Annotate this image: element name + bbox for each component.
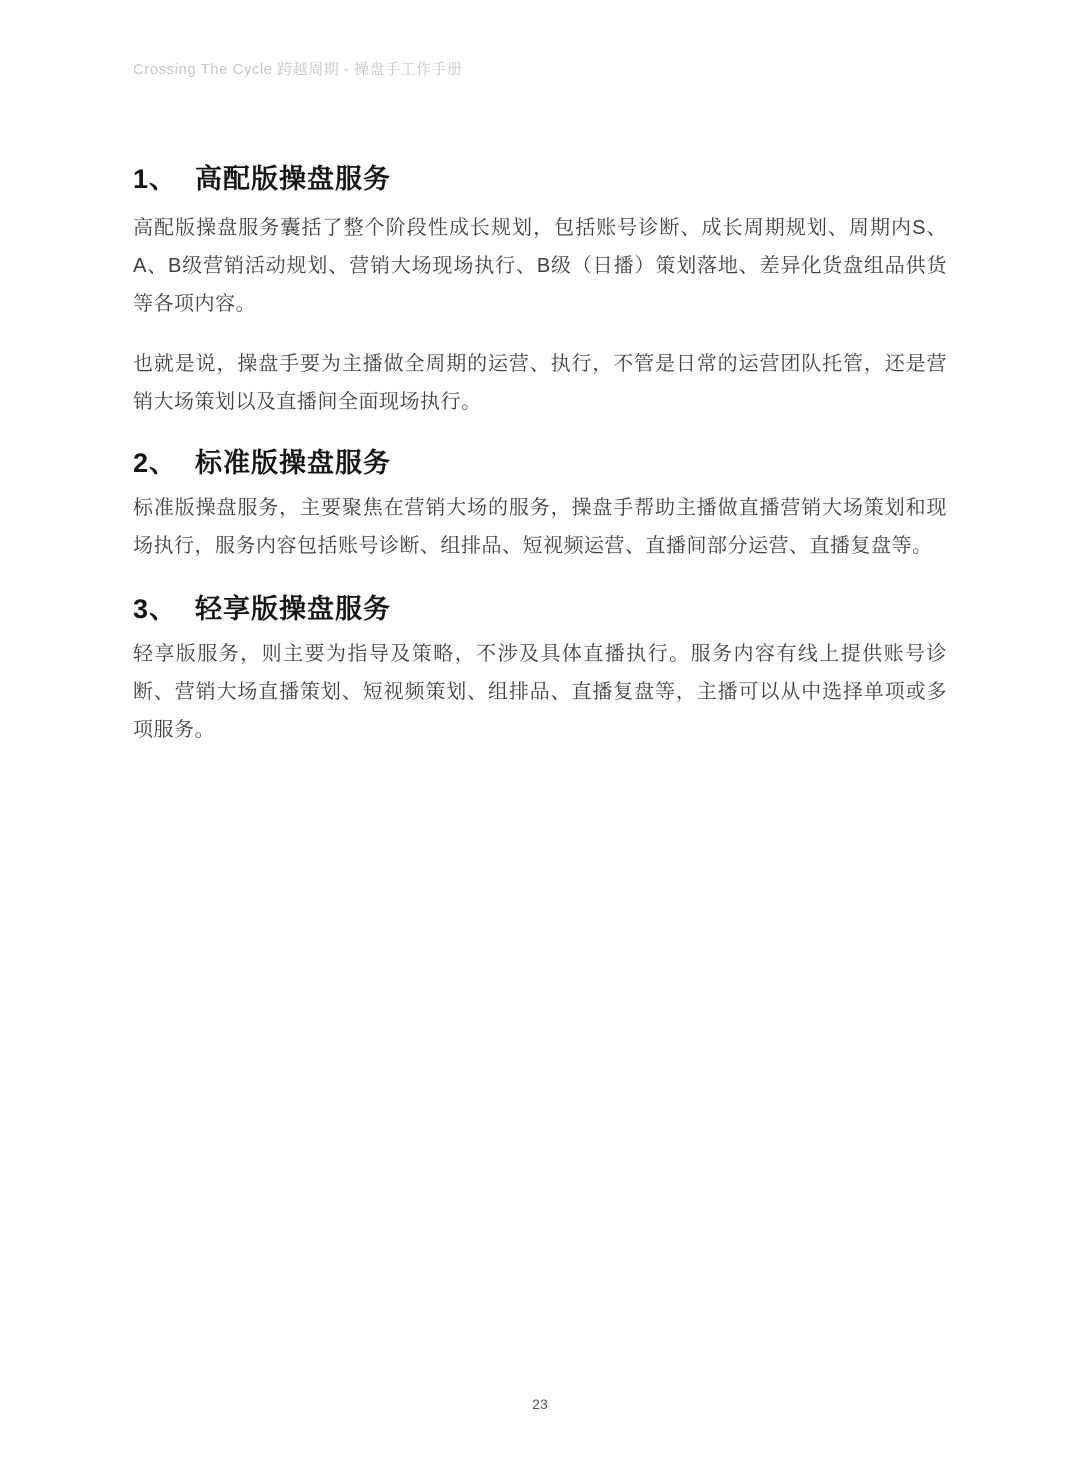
document-page: Crossing The Cycle 跨越周期 - 操盘手工作手册 1、高配版操…	[0, 0, 1080, 1466]
section-3-heading: 3、轻享版操盘服务	[133, 593, 947, 625]
section-2-heading: 2、标准版操盘服务	[133, 447, 947, 479]
section-1-title: 高配版操盘服务	[195, 164, 391, 194]
page-number: 23	[0, 1396, 1080, 1412]
section-1-heading: 1、高配版操盘服务	[133, 163, 947, 195]
section-2-number: 2、	[133, 448, 177, 478]
section-3-number: 3、	[133, 594, 177, 624]
section-1-paragraph-1: 高配版操盘服务囊括了整个阶段性成长规划，包括账号诊断、成长周期规划、周期内S、A…	[133, 209, 947, 323]
section-3-title: 轻享版操盘服务	[195, 594, 391, 624]
section-2-title: 标准版操盘服务	[195, 448, 391, 478]
section-1-paragraph-2: 也就是说，操盘手要为主播做全周期的运营、执行，不管是日常的运营团队托管，还是营销…	[133, 345, 947, 421]
section-1-number: 1、	[133, 164, 177, 194]
section-3-paragraph-1: 轻享版服务，则主要为指导及策略，不涉及具体直播执行。服务内容有线上提供账号诊断、…	[133, 635, 947, 749]
section-2-paragraph-1: 标准版操盘服务，主要聚焦在营销大场的服务，操盘手帮助主播做直播营销大场策划和现场…	[133, 489, 947, 565]
running-header: Crossing The Cycle 跨越周期 - 操盘手工作手册	[133, 0, 947, 79]
